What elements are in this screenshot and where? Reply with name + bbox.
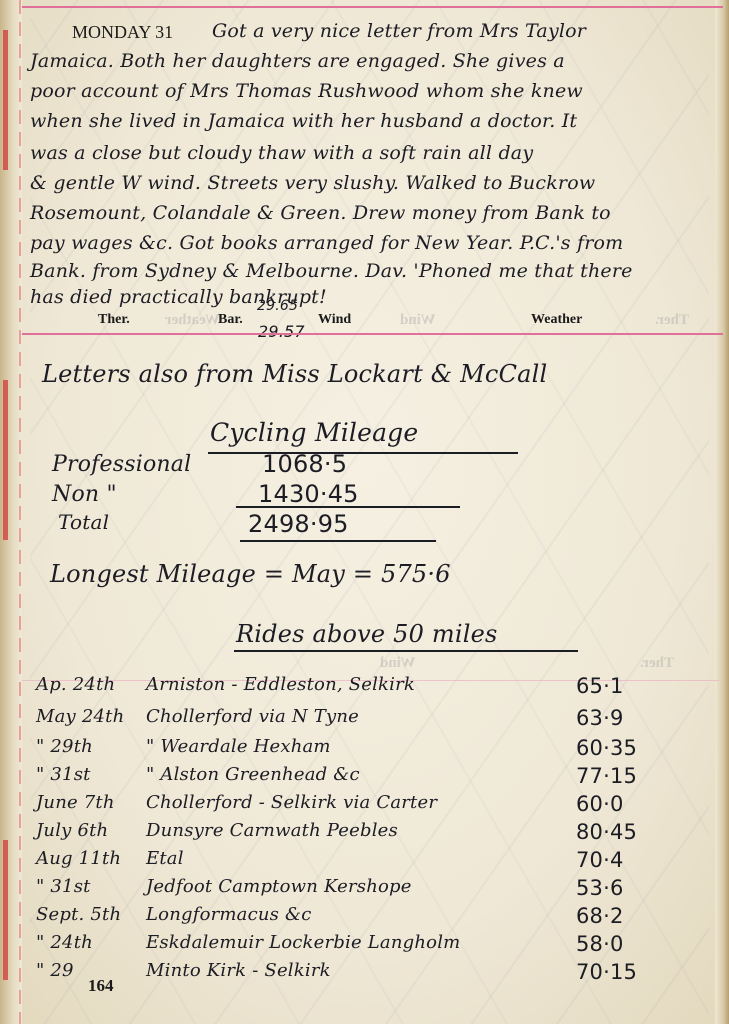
ride-miles: 58·0: [576, 932, 696, 956]
ride-date: July 6th: [36, 820, 146, 841]
wind-label: Wind: [318, 312, 351, 328]
ride-miles: 53·6: [576, 876, 696, 900]
ride-route: Chollerford via N Tyne: [146, 706, 566, 727]
ride-route: Longformacus &c: [146, 904, 566, 925]
entry-line: Got a very nice letter from Mrs Taylor: [212, 20, 586, 42]
diary-page: Weather Wind Ther. Wind Ther. MONDAY 31 …: [0, 0, 729, 1024]
ride-miles: 80·45: [576, 820, 696, 844]
ther-label: Ther.: [98, 312, 130, 328]
ride-date: " 31st: [36, 764, 146, 785]
bar-reading-2: 29.57: [258, 322, 305, 341]
ride-date: " 29th: [36, 736, 146, 757]
ride-route: Dunsyre Carnwath Peebles: [146, 820, 566, 841]
ride-row: Aug 11th Etal 70·4: [36, 848, 689, 878]
ride-route: Arniston - Eddleston, Selkirk: [146, 674, 566, 695]
ride-route: " Weardale Hexham: [146, 736, 566, 757]
continuation-note: Letters also from Miss Lockart & McCall: [42, 360, 547, 388]
ride-route: " Alston Greenhead &c: [146, 764, 566, 785]
ride-row: July 6th Dunsyre Carnwath Peebles 80·45: [36, 820, 689, 850]
ghost-print: Ther.: [655, 312, 689, 329]
ride-row: " 31st " Alston Greenhead &c 77·15: [36, 764, 689, 794]
ride-date: June 7th: [36, 792, 146, 813]
ride-row: Sept. 5th Longformacus &c 68·2: [36, 904, 689, 934]
entry-line: Bank. from Sydney & Melbourne. Dav. 'Pho…: [30, 260, 633, 282]
ride-date: Aug 11th: [36, 848, 146, 869]
spine-red-edge: [3, 380, 8, 540]
cycling-label: Total: [58, 510, 109, 534]
ride-row: " 29 Minto Kirk - Selkirk 70·15: [36, 960, 689, 990]
margin-line: [19, 0, 21, 1024]
entry-line: pay wages &c. Got books arranged for New…: [30, 232, 623, 254]
entry-line: Rosemount, Colandale & Green. Drew money…: [30, 202, 611, 224]
entry-line: & gentle W wind. Streets very slushy. Wa…: [30, 172, 595, 194]
ride-miles: 65·1: [576, 674, 696, 698]
ride-row: June 7th Chollerford - Selkirk via Carte…: [36, 792, 689, 822]
heading-underline: [208, 452, 518, 454]
cycling-heading: Cycling Mileage: [210, 418, 418, 447]
ride-date: Ap. 24th: [36, 674, 146, 695]
ride-miles: 68·2: [576, 904, 696, 928]
bar-reading-1: 29.65: [257, 298, 298, 314]
spine-red-edge: [3, 30, 8, 170]
ride-miles: 63·9: [576, 706, 696, 730]
ride-route: Eskdalemuir Lockerbie Langholm: [146, 932, 566, 953]
ride-miles: 77·15: [576, 764, 696, 788]
sum-underline: [236, 506, 460, 508]
bar-label: Bar.: [218, 312, 243, 328]
ride-date: May 24th: [36, 706, 146, 727]
weather-rule: [22, 333, 723, 335]
page-edge: [715, 0, 729, 1024]
ride-row: " 31st Jedfoot Camptown Kershope 53·6: [36, 876, 689, 906]
ride-row: " 29th " Weardale Hexham 60·35: [36, 736, 689, 766]
cycling-value: 1068·5: [262, 450, 347, 478]
ghost-print: Wind: [380, 655, 416, 672]
spine-red-edge: [3, 840, 8, 980]
ghost-print: Weather: [165, 312, 220, 329]
ride-miles: 60·35: [576, 736, 696, 760]
entry-line: when she lived in Jamaica with her husba…: [30, 110, 577, 132]
cycling-value: 1430·45: [258, 480, 359, 508]
day-heading: MONDAY 31: [72, 22, 173, 43]
rides-heading: Rides above 50 miles: [236, 620, 498, 648]
weather-label: Weather: [531, 312, 582, 328]
ride-miles: 70·4: [576, 848, 696, 872]
ghost-print: Wind: [400, 312, 436, 329]
cycling-value: 2498·95: [248, 510, 349, 538]
ride-date: Sept. 5th: [36, 904, 146, 925]
ride-date: " 24th: [36, 932, 146, 953]
page-number: 164: [88, 976, 114, 996]
cycling-label: Non ": [52, 482, 117, 507]
ghost-print: Ther.: [640, 655, 674, 672]
total-underline: [240, 540, 436, 542]
ride-route: Etal: [146, 848, 566, 869]
rides-underline: [234, 650, 578, 652]
longest-mileage: Longest Mileage = May = 575·6: [50, 560, 451, 588]
cycling-label: Professional: [52, 452, 191, 477]
ride-row: " 24th Eskdalemuir Lockerbie Langholm 58…: [36, 932, 689, 962]
entry-line: poor account of Mrs Thomas Rushwood whom…: [30, 80, 583, 102]
top-rule: [22, 6, 723, 8]
entry-line: Jamaica. Both her daughters are engaged.…: [30, 50, 565, 72]
ride-route: Minto Kirk - Selkirk: [146, 960, 566, 981]
ride-route: Jedfoot Camptown Kershope: [146, 876, 566, 897]
ride-miles: 60·0: [576, 792, 696, 816]
ride-date: " 31st: [36, 876, 146, 897]
entry-line: was a close but cloudy thaw with a soft …: [30, 142, 533, 164]
ride-row: Ap. 24th Arniston - Eddleston, Selkirk 6…: [36, 674, 689, 704]
ride-row: May 24th Chollerford via N Tyne 63·9: [36, 706, 689, 736]
ride-route: Chollerford - Selkirk via Carter: [146, 792, 566, 813]
ride-miles: 70·15: [576, 960, 696, 984]
